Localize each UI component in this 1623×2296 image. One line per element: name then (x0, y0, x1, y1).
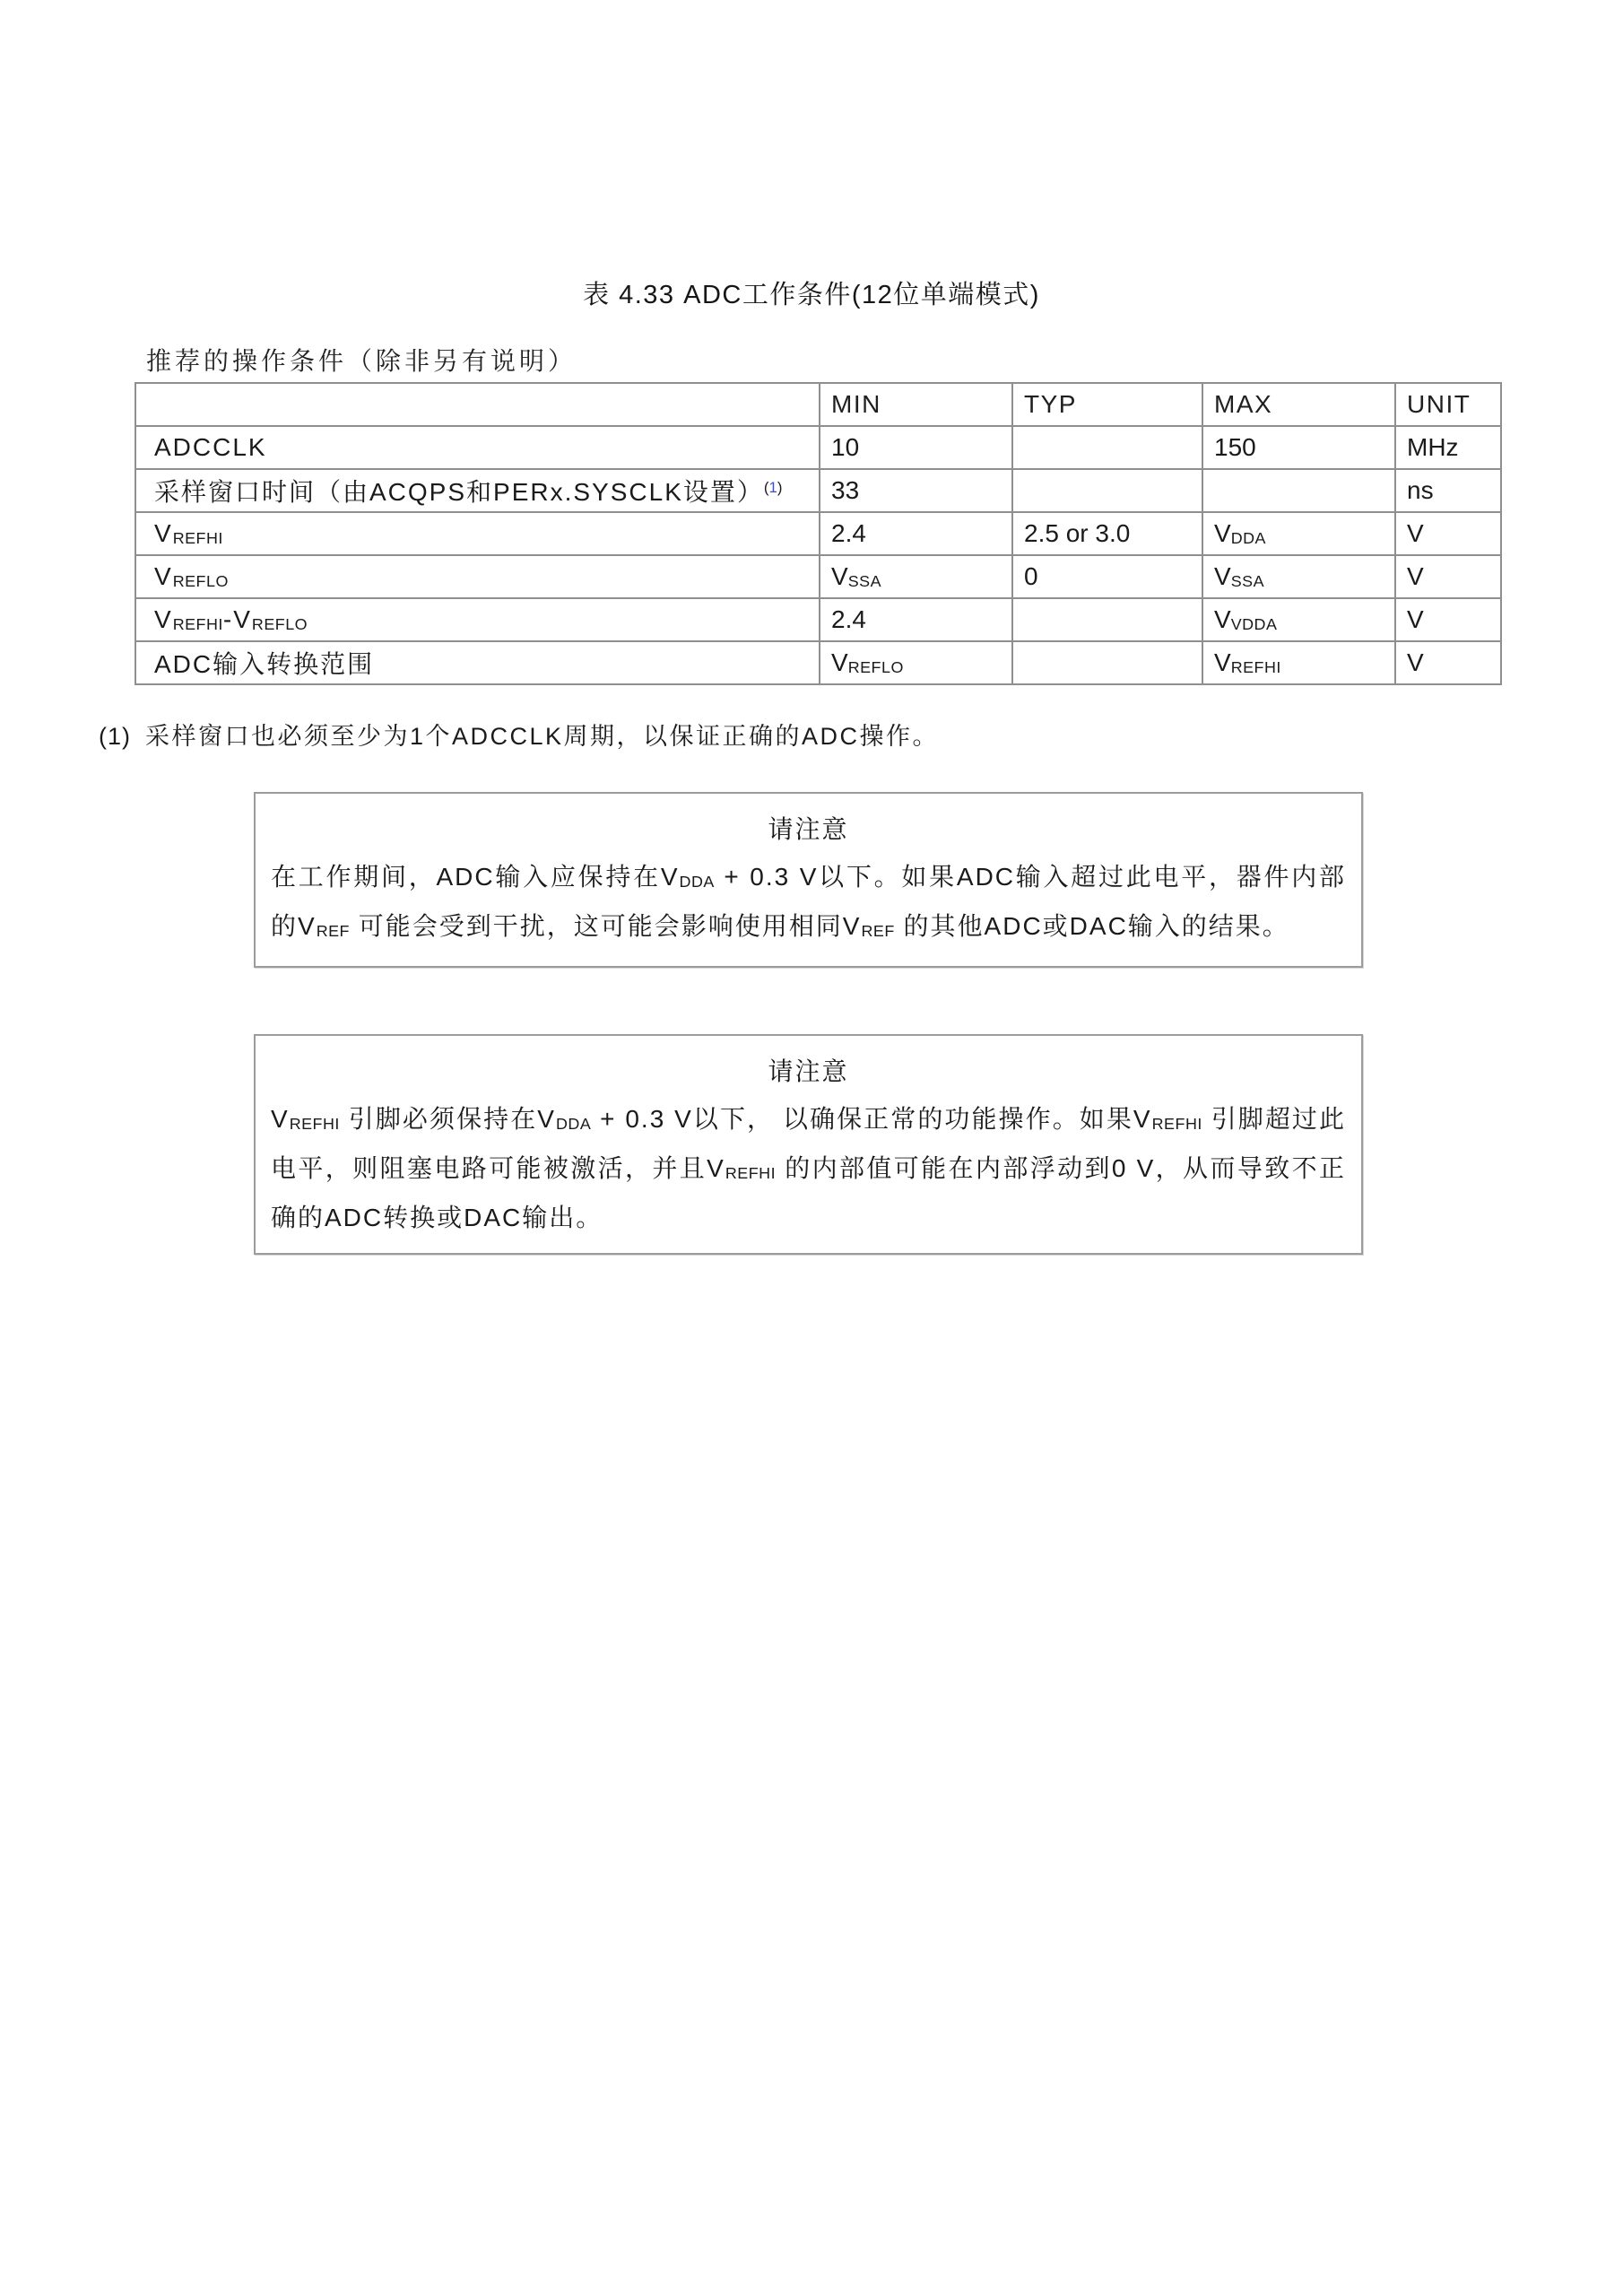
cell-min: 33 (820, 469, 1012, 512)
notice-box: 请注意VREFHI 引脚必须保持在VDDA + 0.3 V以下， 以确保正常的功… (254, 1034, 1363, 1255)
table-row: VREFLOVSSA0VSSAV (135, 555, 1501, 598)
notice-title: 请注意 (271, 810, 1346, 846)
text-segment: V (1407, 648, 1424, 676)
subscript-text: DDA (1231, 529, 1266, 547)
subscript-text: REFHI (173, 529, 223, 547)
cell-min: 2.4 (820, 598, 1012, 641)
text-segment: 150 (1214, 433, 1256, 461)
cell-typ (1012, 598, 1202, 641)
cell-typ: 2.5 or 3.0 (1012, 512, 1202, 555)
text-segment: 0 (1024, 562, 1038, 590)
cell-max: VDDA (1202, 512, 1395, 555)
adc-operating-conditions-table: MINTYPMAXUNIT ADCCLK10150MHz采样窗口时间（由ACQP… (135, 382, 1502, 685)
cell-unit: MHz (1395, 426, 1501, 469)
text-segment: V (1214, 648, 1231, 676)
subscript-text: REFLO (848, 658, 904, 676)
text-segment: 在工作期间，ADC输入应保持在V (271, 863, 680, 891)
text-segment: V (154, 562, 173, 590)
text-segment: V (1214, 519, 1231, 547)
cell-min: 2.4 (820, 512, 1012, 555)
notice-box: 请注意在工作期间，ADC输入应保持在VDDA + 0.3 V以下。如果ADC输入… (254, 792, 1363, 968)
column-header-typ: TYP (1012, 383, 1202, 426)
subscript-text: REFHI (1152, 1115, 1202, 1133)
conditions-caption: 推荐的操作条件（除非另有说明） (146, 342, 577, 378)
cell-unit: V (1395, 555, 1501, 598)
text-segment: 33 (831, 476, 859, 504)
document-page: 表 4.33 ADC工作条件(12位单端模式) 推荐的操作条件（除非另有说明） … (0, 0, 1623, 2296)
table-row: 采样窗口时间（由ACQPS和PERx.SYSCLK设置）(1)33ns (135, 469, 1501, 512)
cell-unit: V (1395, 641, 1501, 684)
cell-min: VREFLO (820, 641, 1012, 684)
cell-typ (1012, 426, 1202, 469)
cell-label: 采样窗口时间（由ACQPS和PERx.SYSCLK设置）(1) (135, 469, 820, 512)
text-segment: 可能会受到干扰，这可能会影响使用相同V (350, 912, 861, 940)
text-segment: 引脚必须保持在V (340, 1105, 556, 1133)
text-segment: 2.5 or 3.0 (1024, 519, 1130, 547)
cell-label: VREFHI-VREFLO (135, 598, 820, 641)
text-segment: 2.4 (831, 605, 866, 633)
cell-typ (1012, 641, 1202, 684)
text-segment: 的其他ADC或DAC输入的结果。 (895, 912, 1289, 940)
text-segment: 2.4 (831, 519, 866, 547)
footnote-text: 采样窗口也必须至少为1个ADCCLK周期，以保证正确的ADC操作。 (145, 723, 939, 750)
subscript-text: DDA (556, 1115, 591, 1133)
cell-label: ADCCLK (135, 426, 820, 469)
table-header-row: MINTYPMAXUNIT (135, 383, 1501, 426)
notice-title: 请注意 (271, 1052, 1346, 1088)
cell-label: VREFHI (135, 512, 820, 555)
notice-body: 在工作期间，ADC输入应保持在VDDA + 0.3 V以下。如果ADC输入超过此… (271, 855, 1346, 953)
subscript-text: REFHI (725, 1164, 776, 1182)
text-segment: V (831, 648, 848, 676)
table-body: ADCCLK10150MHz采样窗口时间（由ACQPS和PERx.SYSCLK设… (135, 426, 1501, 684)
text-segment: 10 (831, 433, 859, 461)
text-segment: V (154, 519, 173, 547)
subscript-text: REFLO (252, 615, 308, 633)
notice-body: VREFHI 引脚必须保持在VDDA + 0.3 V以下， 以确保正常的功能操作… (271, 1097, 1346, 1240)
text-segment: ADC输入转换范围 (154, 650, 374, 678)
table-row: ADCCLK10150MHz (135, 426, 1501, 469)
table-header: MINTYPMAXUNIT (135, 383, 1501, 426)
text-segment: -V (223, 605, 252, 633)
column-header-unit: UNIT (1395, 383, 1501, 426)
cell-max: VREFHI (1202, 641, 1395, 684)
subscript-text: REFHI (173, 615, 223, 633)
cell-max: VVDDA (1202, 598, 1395, 641)
cell-max: VSSA (1202, 555, 1395, 598)
subscript-text: REF (317, 922, 350, 940)
text-segment: + 0.3 V以下， 以确保正常的功能操作。如果V (591, 1105, 1151, 1133)
footnote-marker: (1) (99, 723, 131, 750)
subscript-text: REFHI (290, 1115, 340, 1133)
cell-max: 150 (1202, 426, 1395, 469)
table-row: ADC输入转换范围VREFLOVREFHIV (135, 641, 1501, 684)
cell-unit: V (1395, 512, 1501, 555)
subscript-text: DDA (680, 873, 715, 891)
column-header-parameter (135, 383, 820, 426)
cell-unit: V (1395, 598, 1501, 641)
superscript-text: ) (777, 479, 783, 496)
text-segment: V (1407, 562, 1424, 590)
text-segment: ADCCLK (154, 433, 267, 461)
column-header-min: MIN (820, 383, 1012, 426)
subscript-text: SSA (1231, 572, 1264, 590)
cell-unit: ns (1395, 469, 1501, 512)
text-segment: 采样窗口时间（由ACQPS和PERx.SYSCLK设置） (154, 478, 764, 506)
cell-label: VREFLO (135, 555, 820, 598)
subscript-text: REFLO (173, 572, 229, 590)
column-header-max: MAX (1202, 383, 1395, 426)
footnote: (1)采样窗口也必须至少为1个ADCCLK周期，以保证正确的ADC操作。 (99, 717, 939, 752)
text-segment: V (154, 605, 173, 633)
cell-typ: 0 (1012, 555, 1202, 598)
text-segment: MHz (1407, 433, 1459, 461)
text-segment: V (831, 562, 848, 590)
subscript-text: REFHI (1231, 658, 1281, 676)
table-title: 表 4.33 ADC工作条件(12位单端模式) (0, 274, 1623, 311)
table-row: VREFHI2.42.5 or 3.0VDDAV (135, 512, 1501, 555)
cell-max (1202, 469, 1395, 512)
subscript-text: REF (861, 922, 894, 940)
subscript-text: SSA (848, 572, 881, 590)
footnote-ref-link[interactable]: 1 (768, 479, 777, 496)
text-segment: V (271, 1105, 290, 1133)
text-segment: V (1407, 605, 1424, 633)
text-segment: V (1407, 519, 1424, 547)
cell-typ (1012, 469, 1202, 512)
text-segment: V (1214, 562, 1231, 590)
cell-label: ADC输入转换范围 (135, 641, 820, 684)
cell-min: 10 (820, 426, 1012, 469)
cell-min: VSSA (820, 555, 1012, 598)
table-row: VREFHI-VREFLO2.4VVDDAV (135, 598, 1501, 641)
text-segment: V (1214, 605, 1231, 633)
subscript-text: VDDA (1231, 615, 1278, 633)
text-segment: ns (1407, 476, 1434, 504)
